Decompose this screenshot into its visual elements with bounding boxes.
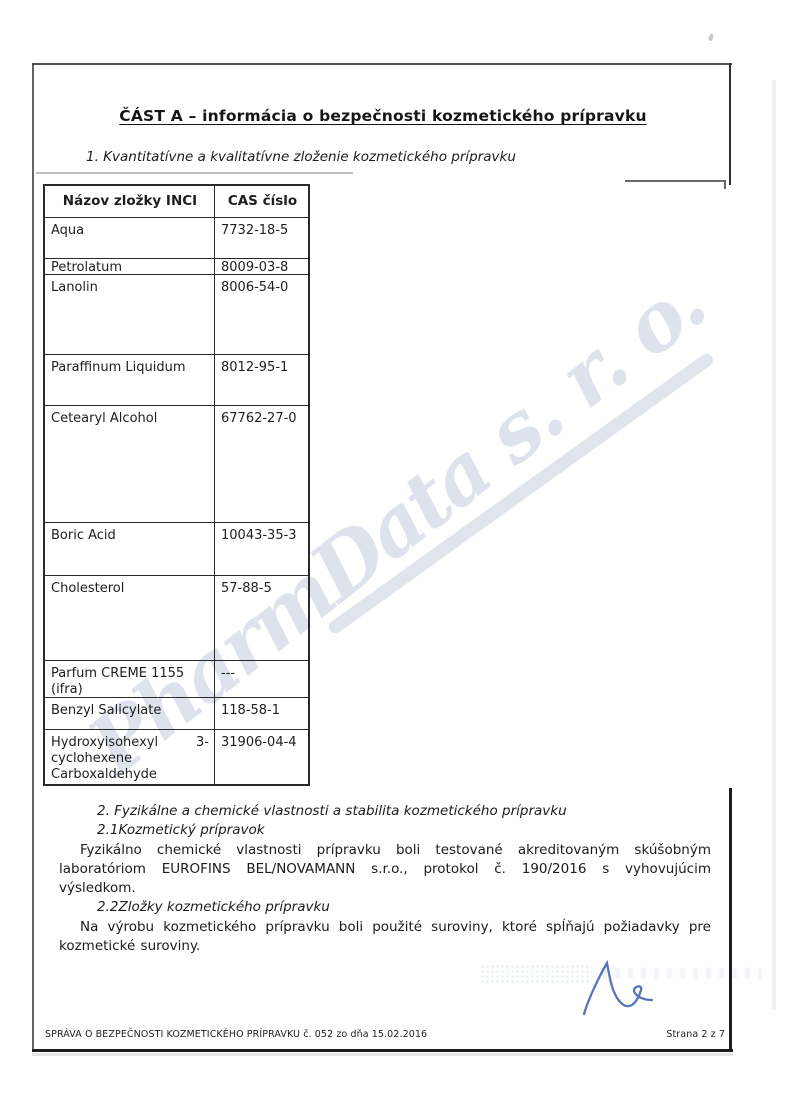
watermark-underline-swoosh	[326, 351, 715, 636]
cas-number-cell: 57-88-5	[215, 576, 308, 660]
ingredient-name-cell: Petrolatum	[45, 259, 215, 274]
page-border-right-lower	[729, 788, 732, 1051]
table-row: Paraffinum Liquidum 8012-95-1	[45, 354, 308, 405]
section2-1-paragraph: Fyzikálno chemické vlastnosti prípravku …	[59, 841, 711, 899]
cas-number-cell: 8012-95-1	[215, 355, 308, 405]
section1-heading: 1. Kvantitatívne a kvalitatívne zloženie…	[86, 149, 516, 165]
ingredient-name-cell: Benzyl Salicylate	[45, 698, 215, 729]
table-header-name: Názov zložky INCI	[45, 186, 215, 217]
scan-speck	[708, 34, 714, 42]
footer-page-number: Strana 2 z 7	[666, 1029, 725, 1040]
paper-edge-shadow	[772, 80, 776, 1010]
section2-block: 2. Fyzikálne a chemické vlastnosti a sta…	[59, 802, 711, 956]
page-border-top	[32, 63, 732, 65]
section2-heading: 2. Fyzikálne a chemické vlastnosti a sta…	[97, 802, 711, 821]
ingredient-name-cell: Cholesterol	[45, 576, 215, 660]
page-border-right-upper	[729, 63, 731, 185]
cas-number-cell: 8009-03-8	[215, 259, 308, 274]
page-title: ČÁST A – informácia o bezpečnosti kozmet…	[119, 107, 646, 125]
redaction-edge-line	[625, 180, 726, 189]
scan-ghost-line	[36, 172, 353, 174]
table-row: Cetearyl Alcohol 67762-27-0	[45, 405, 308, 522]
ingredient-name-cell: Parfum CREME 1155 (ifra)	[45, 661, 215, 697]
scanned-document-page: { "page": { "title": "ČÁST A – informáci…	[0, 0, 800, 1100]
ingredient-name-cell: Aqua	[45, 218, 215, 258]
cas-number-cell: 31906-04-4	[215, 730, 308, 784]
table-row: Lanolin 8006-54-0	[45, 274, 308, 354]
ingredient-name-cell: Cetearyl Alcohol	[45, 406, 215, 522]
table-row: Benzyl Salicylate 118-58-1	[45, 697, 308, 729]
page-title-row: ČÁST A – informácia o bezpečnosti kozmet…	[45, 106, 721, 125]
table-header-cas: CAS číslo	[215, 186, 308, 217]
table-row: Parfum CREME 1155 (ifra) ---	[45, 660, 308, 697]
ingredients-table: Názov zložky INCI CAS číslo Aqua 7732-18…	[43, 184, 310, 786]
table-header-row: Názov zložky INCI CAS číslo	[45, 186, 308, 217]
section2-1-heading: 2.1Kozmetický prípravok	[97, 821, 711, 840]
page-border-left	[32, 63, 34, 1052]
ingredient-name-cell: Boric Acid	[45, 523, 215, 575]
footer: SPRÁVA O BEZPEČNOSTI KOZMETICKÉHO PRÍPRA…	[45, 1029, 725, 1040]
cas-number-cell: 118-58-1	[215, 698, 308, 729]
page-border-bottom	[32, 1049, 733, 1052]
ingredient-name-cell: Paraffinum Liquidum	[45, 355, 215, 405]
table-row: Hydroxyisohexyl 3- cyclohexene Carboxald…	[45, 729, 308, 784]
ingredient-name-cell: Hydroxyisohexyl 3- cyclohexene Carboxald…	[45, 730, 215, 784]
cas-number-cell: 67762-27-0	[215, 406, 308, 522]
table-row: Boric Acid 10043-35-3	[45, 522, 308, 575]
table-row: Petrolatum 8009-03-8	[45, 258, 308, 274]
cas-number-cell: 8006-54-0	[215, 275, 308, 354]
section2-2-heading: 2.2Zložky kozmetického prípravku	[97, 898, 711, 917]
table-row: Cholesterol 57-88-5	[45, 575, 308, 660]
ingredient-name-cell: Lanolin	[45, 275, 215, 354]
table-row: Aqua 7732-18-5	[45, 217, 308, 258]
footer-report-ref: SPRÁVA O BEZPEČNOSTI KOZMETICKÉHO PRÍPRA…	[45, 1029, 427, 1040]
cas-number-cell: ---	[215, 661, 308, 697]
cas-number-cell: 7732-18-5	[215, 218, 308, 258]
handwritten-signature	[565, 945, 675, 1025]
cas-number-cell: 10043-35-3	[215, 523, 308, 575]
